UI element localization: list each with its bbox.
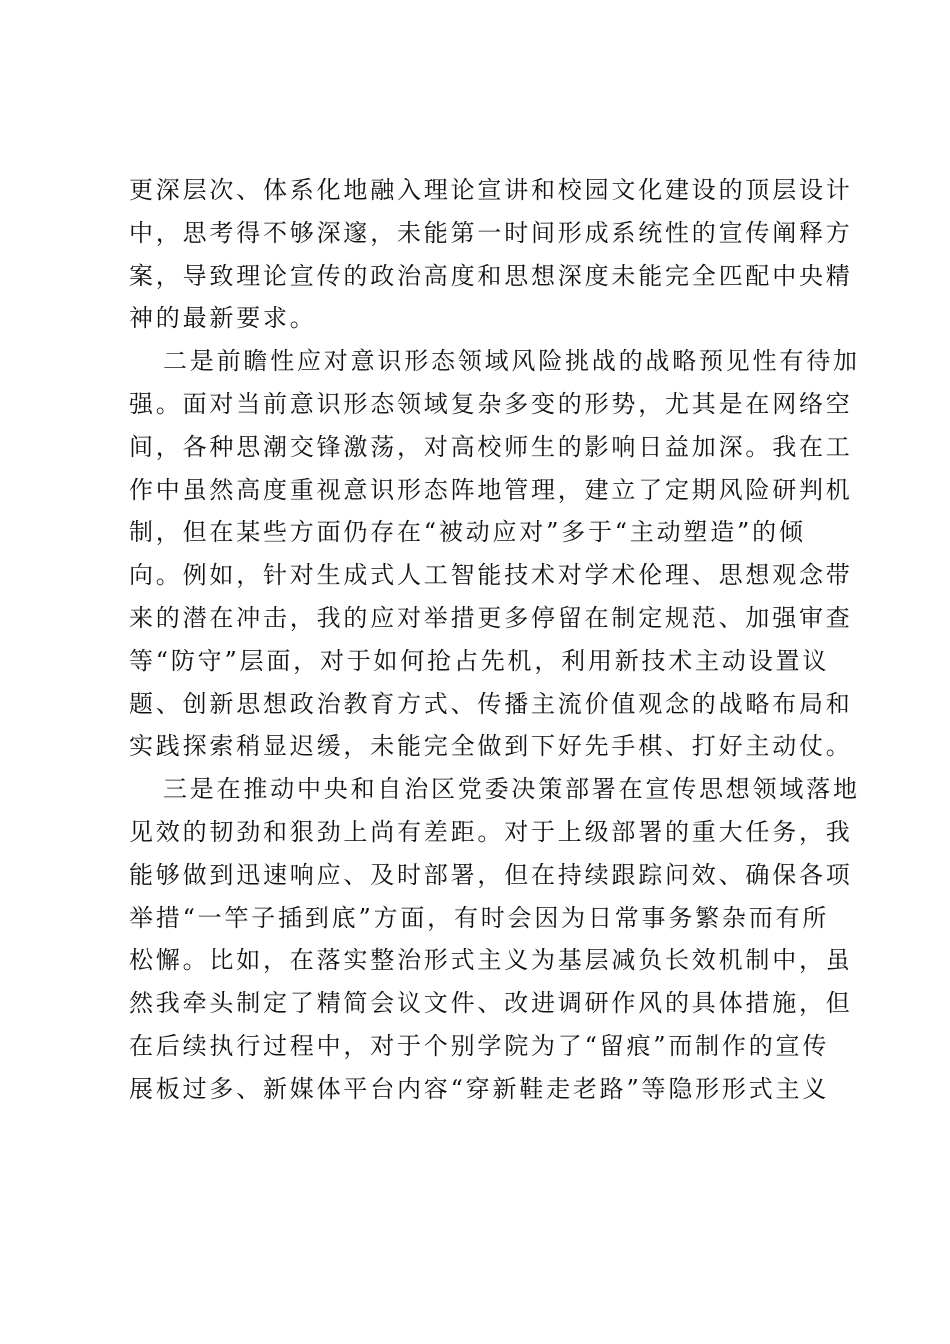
text-line: 题、创新思想政治教育方式、传播主流价值观念的战略布局和 <box>129 683 829 726</box>
text-line: 作中虽然高度重视意识形态阵地管理，建立了定期风险研判机 <box>129 469 829 512</box>
text-line: 然我牵头制定了精简会议文件、改进调研作风的具体措施，但 <box>129 982 829 1025</box>
text-line: 等“防守”层面，对于如何抢占先机，利用新技术主动设置议 <box>129 640 829 683</box>
text-line: 举措“一竿子插到底”方面，有时会因为日常事务繁杂而有所 <box>129 897 829 940</box>
text-line: 制，但在某些方面仍存在“被动应对”多于“主动塑造”的倾 <box>129 511 829 554</box>
text-line: 间，各种思潮交锋激荡，对高校师生的影响日益加深。我在工 <box>129 426 829 469</box>
text-line: 案，导致理论宣传的政治高度和思想深度未能完全匹配中央精 <box>129 255 829 298</box>
text-line: 向。例如，针对生成式人工智能技术对学术伦理、思想观念带 <box>129 554 829 597</box>
paragraph-start-line: 二是前瞻性应对意识形态领域风险挑战的战略预见性有待加 <box>129 340 829 383</box>
text-line: 来的潜在冲击，我的应对举措更多停留在制定规范、加强审查 <box>129 597 829 640</box>
text-line: 神的最新要求。 <box>129 297 829 340</box>
text-line: 强。面对当前意识形态领域复杂多变的形势，尤其是在网络空 <box>129 383 829 426</box>
text-line: 中，思考得不够深邃，未能第一时间形成系统性的宣传阐释方 <box>129 212 829 255</box>
text-line: 见效的韧劲和狠劲上尚有差距。对于上级部署的重大任务，我 <box>129 811 829 854</box>
text-line: 在后续执行过程中，对于个别学院为了“留痕”而制作的宣传 <box>129 1025 829 1068</box>
text-line: 能够做到迅速响应、及时部署，但在持续跟踪问效、确保各项 <box>129 854 829 897</box>
text-line: 更深层次、体系化地融入理论宣讲和校园文化建设的顶层设计 <box>129 169 829 212</box>
text-line: 实践探索稍显迟缓，未能完全做到下好先手棋、打好主动仗。 <box>129 725 829 768</box>
document-body: 更深层次、体系化地融入理论宣讲和校园文化建设的顶层设计 中，思考得不够深邃，未能… <box>129 169 829 1111</box>
paragraph-start-line: 三是在推动中央和自治区党委决策部署在宣传思想领域落地 <box>129 768 829 811</box>
text-line: 松懈。比如，在落实整治形式主义为基层减负长效机制中，虽 <box>129 939 829 982</box>
text-line: 展板过多、新媒体平台内容“穿新鞋走老路”等隐形形式主义 <box>129 1068 829 1111</box>
document-page: 更深层次、体系化地融入理论宣讲和校园文化建设的顶层设计 中，思考得不够深邃，未能… <box>0 0 950 1344</box>
